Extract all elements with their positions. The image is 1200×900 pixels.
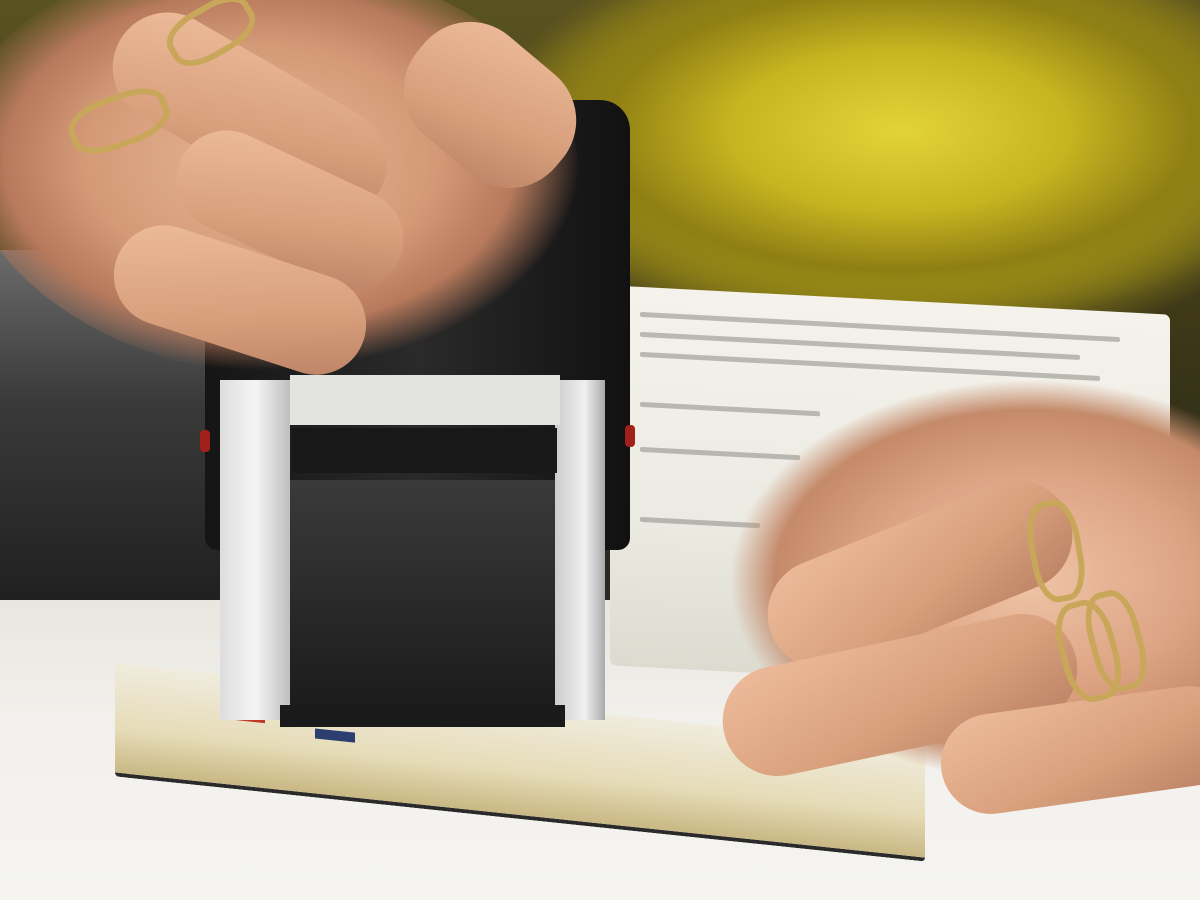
stamp-base xyxy=(280,705,565,727)
passport-blue-mark xyxy=(315,728,355,742)
stamp-frame-right xyxy=(555,380,605,720)
stamp-red-button xyxy=(200,430,210,452)
photo-scene: Close-up photograph of a hand pressing a… xyxy=(0,0,1200,900)
stamp-frame-left xyxy=(220,380,290,720)
stamp-slot xyxy=(292,428,557,473)
stamp-window xyxy=(290,375,560,425)
stamp-inner xyxy=(290,480,555,710)
stamp-red-button xyxy=(625,425,635,447)
document-text-line xyxy=(640,402,820,416)
